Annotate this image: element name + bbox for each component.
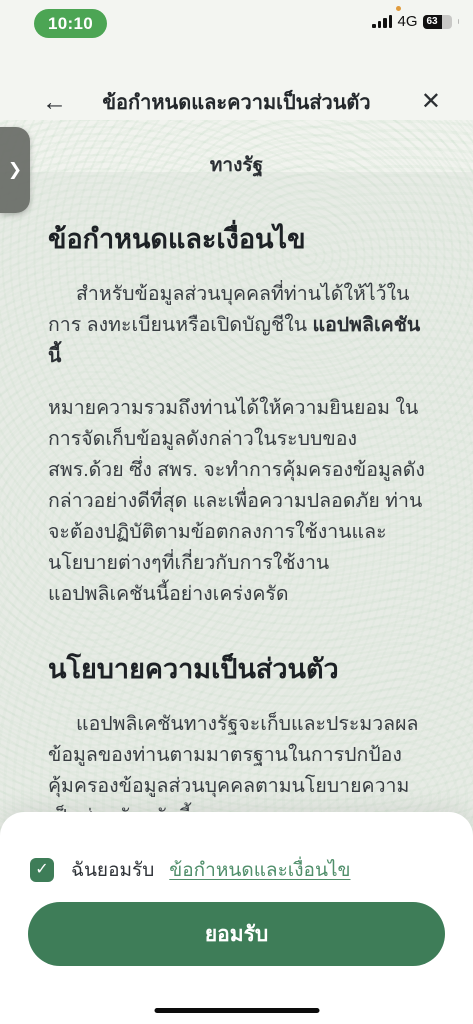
- terms-paragraph-1: สำหรับข้อมูลส่วนบุคคลที่ท่านได้ให้ไว้ในก…: [48, 279, 425, 372]
- close-button[interactable]: ✕: [421, 84, 441, 120]
- side-drawer-handle[interactable]: ❯: [0, 127, 30, 213]
- signal-bars-icon: [372, 15, 392, 28]
- battery-percent-label: 63: [423, 15, 442, 29]
- chevron-right-icon: ❯: [8, 160, 22, 180]
- accept-terms-checkbox[interactable]: ✓: [30, 858, 54, 882]
- battery-icon: 63: [423, 15, 452, 29]
- network-type-label: 4G: [397, 13, 417, 30]
- time-pill[interactable]: 10:10: [34, 9, 107, 38]
- app-screen: 10:10 4G 63 ← ข้อกำหนดและความเป็นส่วนตัว…: [0, 0, 473, 1024]
- page-title: ข้อกำหนดและความเป็นส่วนตัว: [70, 86, 403, 118]
- recording-dot-icon: [396, 6, 401, 11]
- document-content: ทางรัฐ ข้อกำหนดและเงื่อนไข สำหรับข้อมูลส…: [0, 150, 473, 916]
- page-header: ← ข้อกำหนดและความเป็นส่วนตัว ✕: [0, 82, 473, 122]
- consent-bottom-sheet: ✓ ฉันยอมรับ ข้อกำหนดและเงื่อนไข ยอมรับ: [0, 812, 473, 1024]
- battery-cap-icon: [458, 19, 460, 24]
- consent-row: ✓ ฉันยอมรับ ข้อกำหนดและเงื่อนไข: [30, 855, 351, 885]
- terms-paragraph-2: หมายความรวมถึงท่านได้ให้ความยินยอม ในการ…: [48, 393, 425, 610]
- app-name-heading: ทางรัฐ: [48, 150, 425, 180]
- consent-label: ฉันยอมรับ: [71, 855, 154, 885]
- accept-button[interactable]: ยอมรับ: [28, 902, 445, 966]
- home-indicator[interactable]: [154, 1008, 319, 1013]
- checkmark-icon: ✓: [35, 862, 48, 878]
- status-icons: 4G 63: [372, 13, 459, 30]
- status-bar: 10:10 4G 63: [0, 0, 473, 46]
- back-button[interactable]: ←: [42, 84, 67, 120]
- privacy-section-heading: นโยบายความเป็นส่วนตัว: [48, 650, 425, 688]
- terms-section-heading: ข้อกำหนดและเงื่อนไข: [48, 220, 425, 258]
- terms-and-conditions-link[interactable]: ข้อกำหนดและเงื่อนไข: [169, 855, 350, 885]
